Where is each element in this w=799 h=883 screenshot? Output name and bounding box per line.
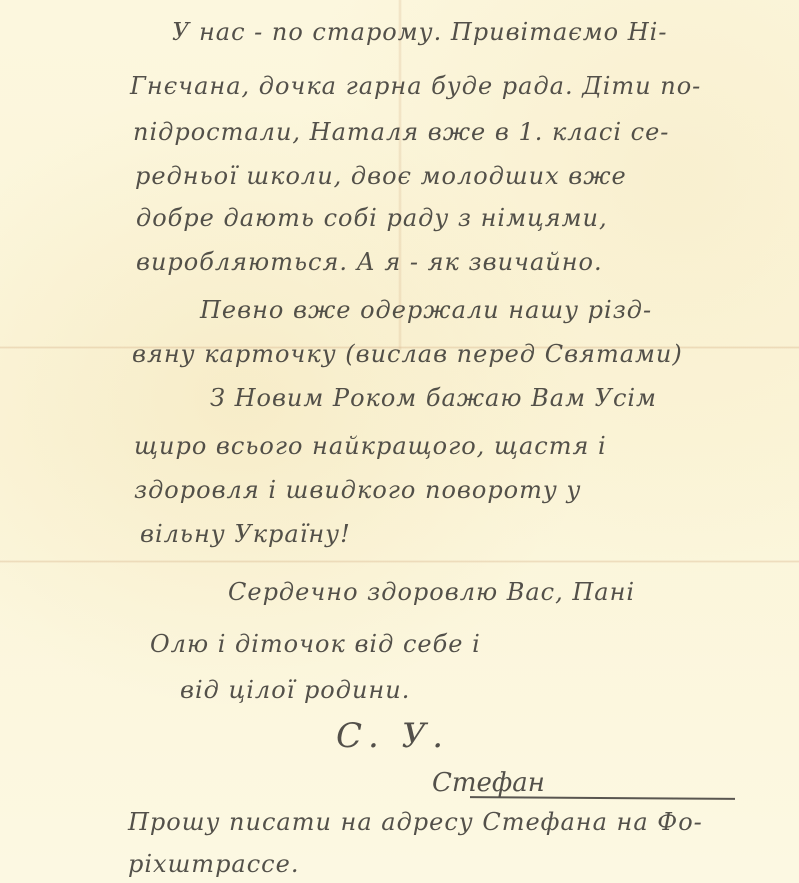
letter-line: щиро всього найкращого, щастя і — [134, 432, 607, 460]
letter-line: Гнєчана, дочка гарна буде рада. Діти по- — [130, 72, 701, 100]
postscript-line: Прошу писати на адресу Стефана на Фо- — [128, 808, 703, 836]
letter-line: редньої школи, двоє молодших вже — [135, 162, 627, 190]
signature: Стефан — [432, 768, 545, 798]
fold-line-horizontal — [0, 560, 799, 563]
closing-initials: С. У. — [336, 716, 449, 756]
letter-line: підростали, Наталя вже в 1. класі се- — [133, 118, 669, 146]
letter-line: вільну Україну! — [140, 520, 351, 548]
letter-line: добре дають собі раду з німцями, — [136, 204, 608, 232]
letter-line: Сердечно здоровлю Вас, Пані — [228, 578, 635, 606]
letter-line: З Новим Роком бажаю Вам Усім — [210, 384, 657, 412]
postscript-line: ріхштрассе. — [128, 850, 299, 878]
letter-line: Олю і діточок від себе і — [150, 630, 481, 658]
letter-line: Певно вже одержали нашу різд- — [200, 296, 652, 324]
letter-line: здоровля і швидкого повороту у — [134, 476, 581, 504]
letter-line: вяну карточку (вислав перед Святами) — [132, 340, 683, 368]
letter-line: від цілої родини. — [180, 676, 410, 704]
letter-line: виробляються. А я - як звичайно. — [136, 248, 603, 276]
letter-line: У нас - по старому. Привітаємо Ні- — [172, 18, 667, 46]
